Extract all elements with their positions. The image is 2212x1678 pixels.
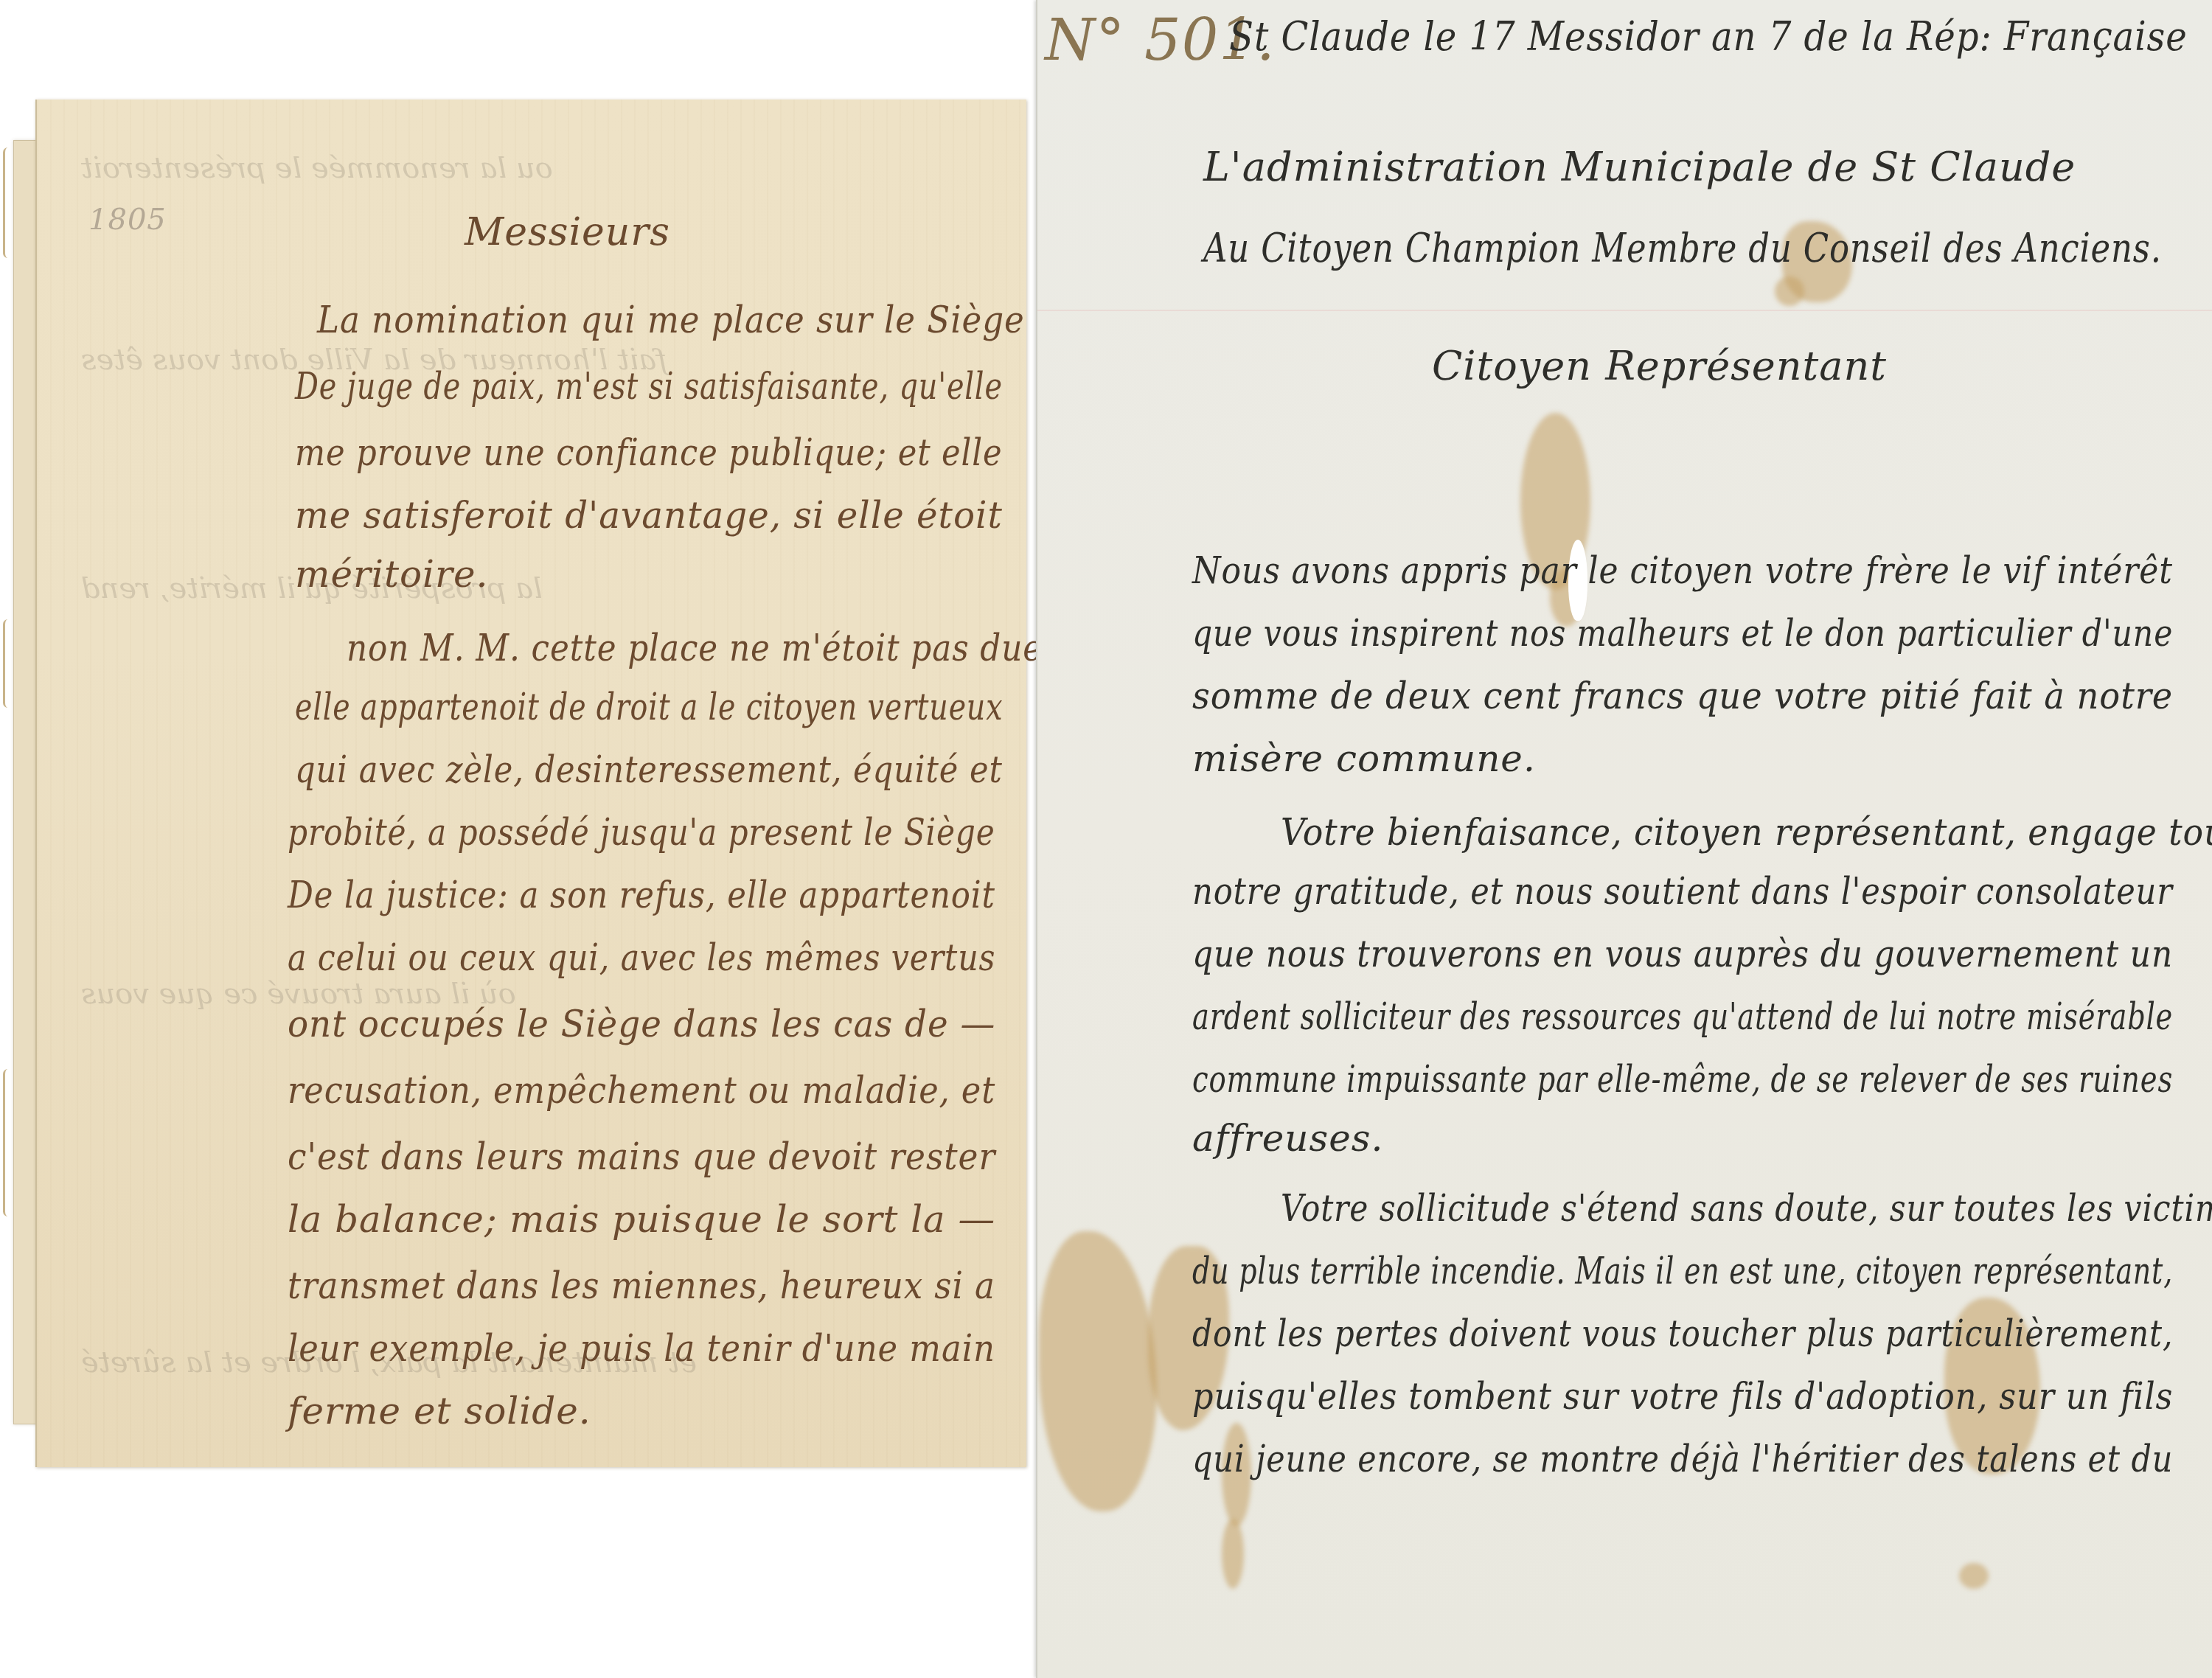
water-stain (1039, 1231, 1157, 1511)
right-text-line: du plus terrible incendie. Mais il en es… (1192, 1250, 2173, 1292)
binding-thread (3, 147, 13, 258)
left-text-line: qui avec zèle, desinteressement, équité … (295, 748, 1003, 791)
left-text-line: De la justice: a son refus, elle apparte… (288, 874, 995, 916)
right-text-line: Votre bienfaisance, citoyen représentant… (1281, 811, 2212, 854)
left-text-line: me satisferoit d'avantage, si elle étoit (295, 494, 1003, 537)
right-text-line: puisqu'elles tombent sur votre fils d'ad… (1192, 1375, 2173, 1418)
dateline: St Claude le 17 Messidor an 7 de la Rép:… (1229, 13, 2188, 60)
right-text-line: somme de deux cent francs que votre piti… (1192, 675, 2173, 717)
right-text-line: que vous inspirent nos malheurs et le do… (1192, 612, 2173, 655)
water-stain (1959, 1563, 1989, 1589)
left-text-line: non M. M. cette place ne m'étoit pas due… (347, 627, 1054, 669)
left-text-line: De juge de paix, m'est si satisfaisante,… (295, 365, 1003, 408)
left-text-line: me prouve une confiance publique; et ell… (295, 431, 1003, 474)
right-document-page: N° 501. St Claude le 17 Messidor an 7 de… (1036, 0, 2212, 1678)
water-stain (1775, 276, 1804, 306)
right-text-line: affreuses. (1192, 1117, 1383, 1160)
left-text-line: recusation, empêchement ou maladie, et (288, 1069, 995, 1112)
right-text-line: misère commune. (1192, 737, 1536, 780)
left-text-line: probité, a possédé jusqu'a present le Si… (288, 811, 995, 854)
right-text-line: Votre sollicitude s'étend sans doute, su… (1281, 1187, 2212, 1230)
left-text-line: c'est dans leurs mains que devoit rester (288, 1135, 995, 1178)
right-text-line: dont les pertes doivent vous toucher plu… (1192, 1312, 2173, 1355)
left-text-line: leur exemple, je puis la tenir d'une mai… (288, 1327, 995, 1370)
bleed-through-text: ou la renommée le présenteroit (81, 151, 553, 185)
left-text-line: méritoire. (295, 553, 488, 596)
left-text-line: a celui ou ceux qui, avec les mêmes vert… (288, 936, 995, 979)
thread-binding (0, 147, 29, 1298)
left-text-line: elle appartenoit de droit a le citoyen v… (295, 686, 1003, 728)
right-text-line: qui jeune encore, se montre déjà l'hérit… (1192, 1438, 2173, 1480)
left-salutation: Messieurs (465, 210, 670, 254)
left-document-page: ou la renommée le présenteroit fait l'ho… (35, 100, 1026, 1467)
left-text-line: transmet dans les miennes, heureux si a (288, 1264, 995, 1307)
left-text-line: la balance; mais puisque le sort la — (288, 1198, 995, 1241)
right-text-line: commune impuissante par elle-même, de se… (1192, 1058, 2173, 1101)
binding-thread (3, 1069, 13, 1216)
left-text-line: La nomination qui me place sur le Siège (317, 299, 1025, 341)
right-text-line: Nous avons appris par le citoyen votre f… (1192, 549, 2173, 592)
right-text-line: notre gratitude, et nous soutient dans l… (1192, 870, 2173, 913)
right-text-line: que nous trouverons en vous auprès du go… (1192, 933, 2173, 975)
left-text-line: ont occupés le Siège dans les cas de — (288, 1003, 995, 1045)
right-text-line: ardent solliciteur des ressources qu'att… (1192, 995, 2173, 1038)
recipient-line: Au Citoyen Champion Membre du Conseil de… (1203, 225, 2162, 271)
left-text-line: ferme et solide. (288, 1390, 591, 1432)
binding-thread (3, 619, 13, 708)
paper-fold-line (1037, 310, 2212, 311)
water-stain (1222, 1519, 1244, 1589)
right-salutation: Citoyen Représentant (1432, 343, 1887, 389)
margin-note: 1805 (88, 203, 167, 237)
sender-line: L'administration Municipale de St Claude (1203, 144, 2076, 190)
